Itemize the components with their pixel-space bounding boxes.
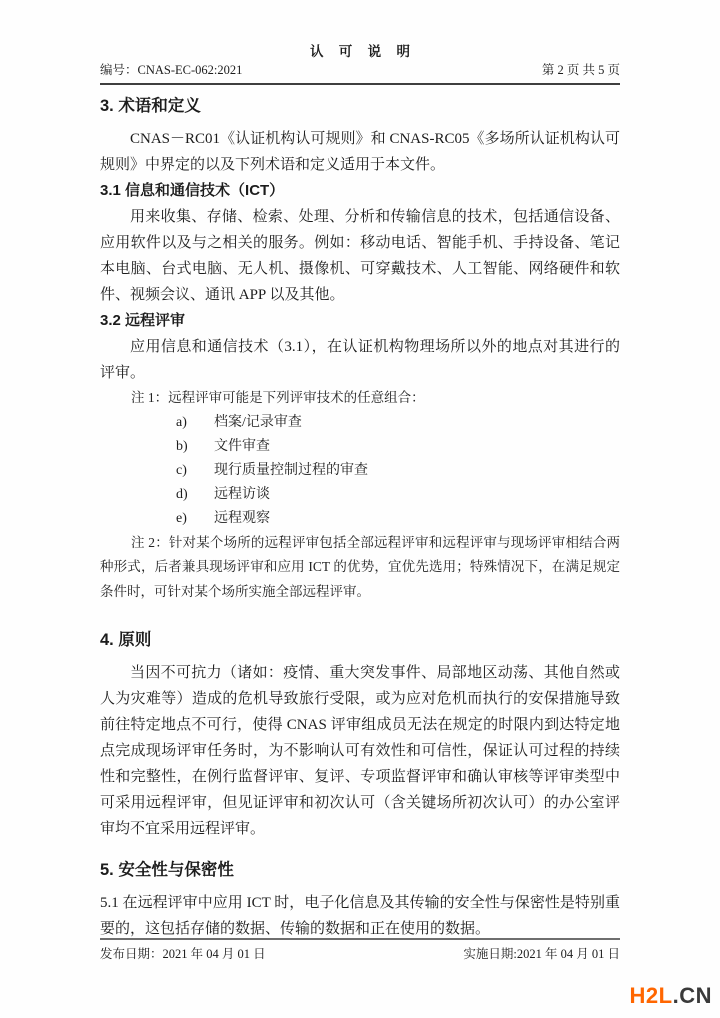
list-item: b) 文件审查 bbox=[100, 435, 620, 459]
section-5-heading: 5. 安全性与保密性 bbox=[100, 858, 620, 882]
document-body: 3. 术语和定义 CNAS－RC01《认证机构认可规则》和 CNAS-RC05《… bbox=[100, 94, 620, 942]
page-header: 认 可 说 明 编号：CNAS-EC-062:2021 第 2 页 共 5 页 bbox=[100, 44, 620, 85]
doc-number: 编号：CNAS-EC-062:2021 bbox=[100, 62, 242, 78]
document-title: 认 可 说 明 bbox=[100, 44, 620, 60]
list-item-label: d) bbox=[176, 483, 214, 507]
list-item: c) 现行质量控制过程的审查 bbox=[100, 459, 620, 483]
document-page: 认 可 说 明 编号：CNAS-EC-062:2021 第 2 页 共 5 页 … bbox=[0, 0, 720, 1018]
watermark-brand: H2L bbox=[630, 983, 673, 1008]
note-1: 注 1：远程评审可能是下列评审技术的任意组合： bbox=[100, 386, 620, 411]
note-2: 注 2：针对某个场所的远程评审包括全部远程评审和远程评审与现场评审相结合两种形式… bbox=[100, 531, 620, 605]
section-3-heading: 3. 术语和定义 bbox=[100, 94, 620, 118]
list-item-text: 现行质量控制过程的审查 bbox=[214, 459, 368, 483]
site-watermark: H2L.CN bbox=[630, 984, 712, 1008]
section-3-intro-paragraph: CNAS－RC01《认证机构认可规则》和 CNAS-RC05《多场所认证机构认可… bbox=[100, 126, 620, 178]
page-footer: 发布日期：2021 年 04 月 01 日 实施日期:2021 年 04 月 0… bbox=[100, 938, 620, 962]
list-item-text: 远程访谈 bbox=[214, 483, 270, 507]
header-meta-row: 编号：CNAS-EC-062:2021 第 2 页 共 5 页 bbox=[100, 62, 620, 85]
section-5-1-paragraph: 5.1 在远程评审中应用 ICT 时，电子化信息及其传输的安全性与保密性是特别重… bbox=[100, 890, 620, 942]
list-item: e) 远程观察 bbox=[100, 507, 620, 531]
section-3-2-heading: 3.2 远程评审 bbox=[100, 308, 620, 334]
section-4-paragraph: 当因不可抗力（诸如：疫情、重大突发事件、局部地区动荡、其他自然或人为灾难等）造成… bbox=[100, 660, 620, 842]
watermark-suffix: .CN bbox=[673, 983, 712, 1008]
list-item-text: 文件审查 bbox=[214, 435, 270, 459]
list-item-text: 档案/记录审查 bbox=[214, 411, 302, 435]
list-item-label: a) bbox=[176, 411, 214, 435]
page-indicator: 第 2 页 共 5 页 bbox=[542, 62, 620, 78]
list-item: a) 档案/记录审查 bbox=[100, 411, 620, 435]
list-item: d) 远程访谈 bbox=[100, 483, 620, 507]
list-item-label: c) bbox=[176, 459, 214, 483]
list-item-label: b) bbox=[176, 435, 214, 459]
list-item-text: 远程观察 bbox=[214, 507, 270, 531]
section-3-2-paragraph: 应用信息和通信技术（3.1），在认证机构物理场所以外的地点对其进行的评审。 bbox=[100, 334, 620, 386]
release-date: 发布日期：2021 年 04 月 01 日 bbox=[100, 946, 266, 962]
section-4-heading: 4. 原则 bbox=[100, 628, 620, 652]
list-item-label: e) bbox=[176, 507, 214, 531]
implementation-date: 实施日期:2021 年 04 月 01 日 bbox=[463, 946, 620, 962]
section-3-1-paragraph: 用来收集、存储、检索、处理、分析和传输信息的技术，包括通信设备、应用软件以及与之… bbox=[100, 204, 620, 308]
section-3-1-heading: 3.1 信息和通信技术（ICT） bbox=[100, 178, 620, 204]
assessment-techniques-list: a) 档案/记录审查 b) 文件审查 c) 现行质量控制过程的审查 d) 远程访… bbox=[100, 411, 620, 531]
